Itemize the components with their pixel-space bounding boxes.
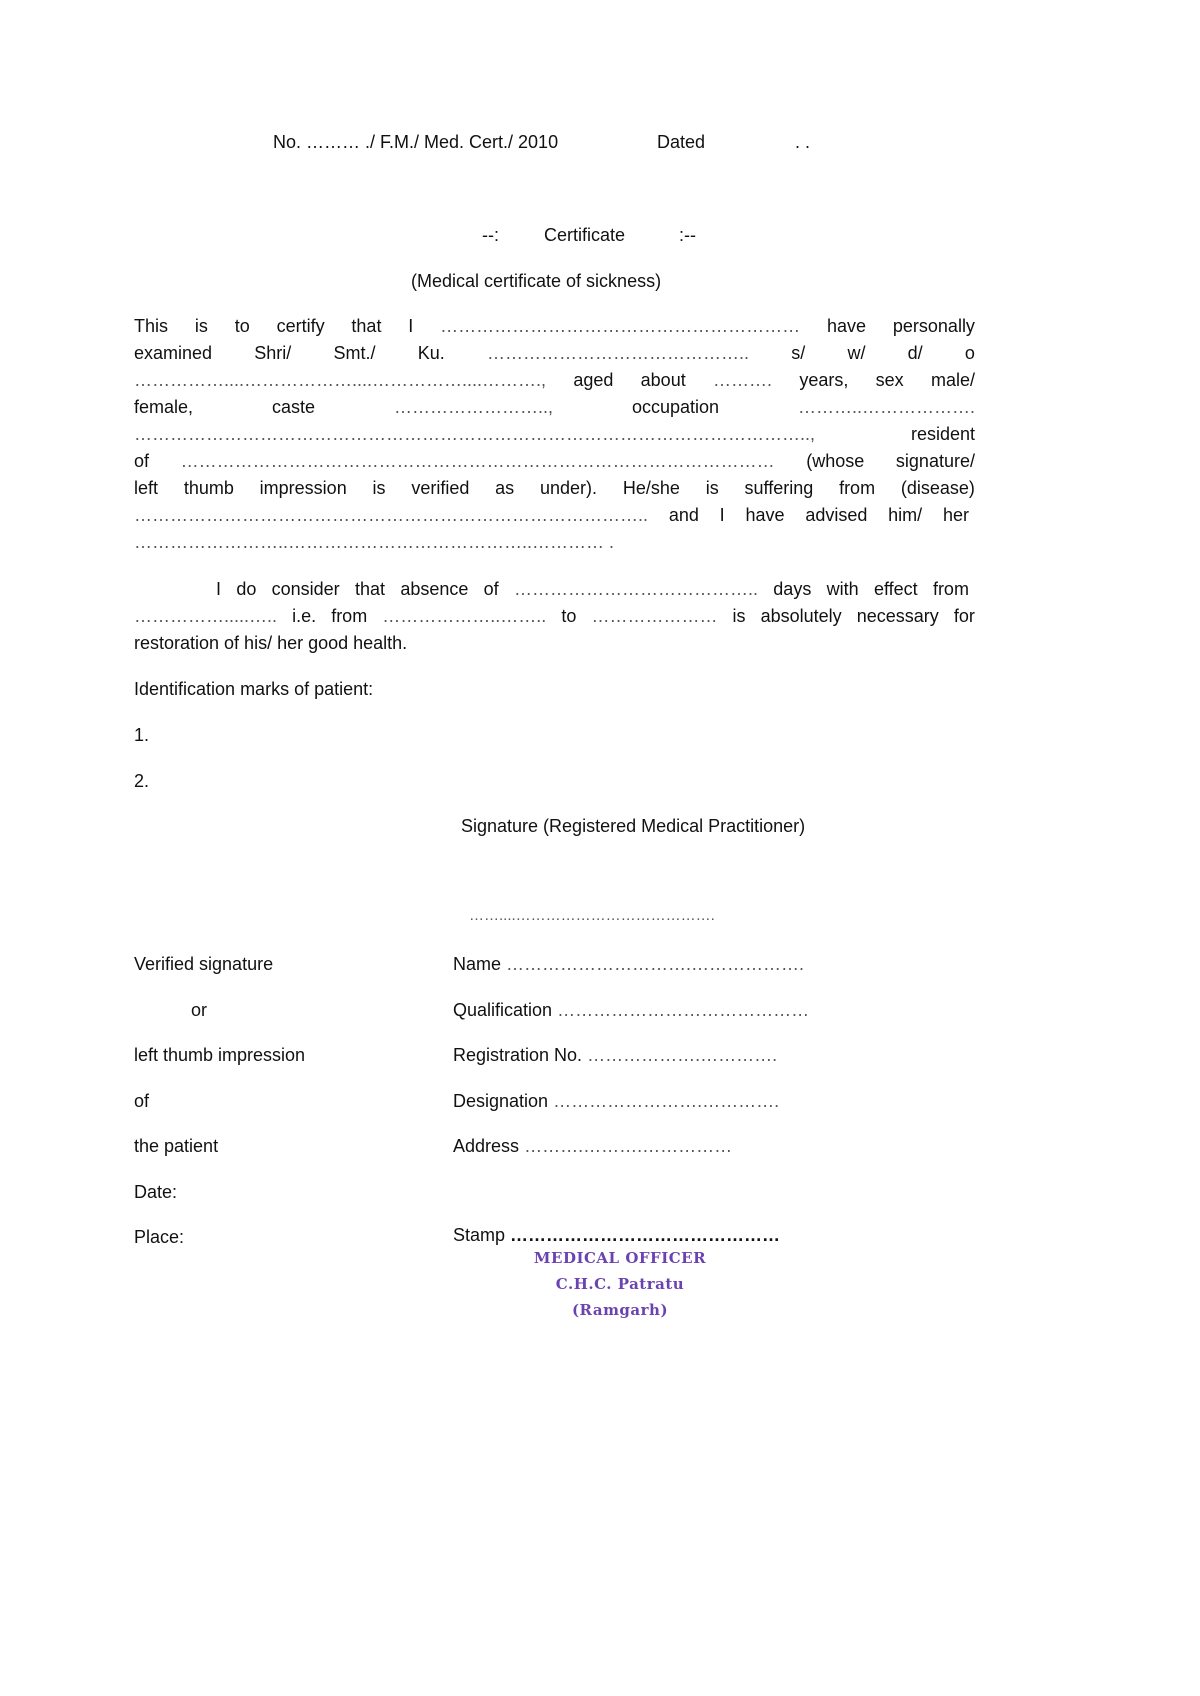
thumb-impression-label: left thumb impression [134,1045,305,1066]
registration-label: Registration No. [453,1045,582,1065]
name-label: Name [453,954,501,974]
body-line-5: …………………………………………………………………………………………………..,… [134,424,975,445]
identification-heading: Identification marks of patient: [134,679,373,700]
identification-item-1: 1. [134,725,149,746]
address-field: Address ……….……….…………… [453,1136,732,1157]
qualification-blank: …………………………………… [557,1000,809,1020]
body-line-7: leftthumbimpressionisverifiedasunder).He… [134,478,975,499]
qualification-field: Qualification …………………………………… [453,1000,809,1021]
absence-days-blank: ………………………………….. [514,579,758,600]
body-line-3: ……………....………………....……………....……….,agedabo… [134,370,975,391]
qualification-label: Qualification [453,1000,552,1020]
registration-blank: ……………….…………. [587,1045,777,1065]
caste-blank: …………………….., [394,397,553,418]
body-line-4: female,caste……………………..,occupation………..……… [134,397,975,418]
official-stamp: MEDICAL OFFICER C.H.C. Patratu (Ramgarh) [520,1245,720,1323]
parent-name-blank: ……………....………………....……………....………., [134,370,546,391]
designation-label: Designation [453,1091,548,1111]
designation-blank: …………………….…………. [553,1091,779,1111]
stamp-line-1: MEDICAL OFFICER [520,1245,720,1271]
stamp-line-2: C.H.C. Patratu [520,1271,720,1297]
body-line-8: …………………………………………………………………………..andIhavead… [134,505,969,526]
stamp-line-3: (Ramgarh) [520,1297,720,1323]
page-subtitle: (Medical certificate of sickness) [411,271,661,292]
the-patient-label: the patient [134,1136,218,1157]
of-label: of [134,1091,149,1112]
signature-line: ……....…………………………………. [469,907,715,924]
dated-label: Dated [657,132,705,153]
identification-item-2: 2. [134,771,149,792]
examiner-name-blank: …………………………………………………… [440,316,800,337]
to-date-blank: ………………… [591,606,717,627]
occupation-continued-blank: ………………………………………………………………………………………………….., [134,424,815,445]
advice-blank: ……………………..…………………………………..………… . [134,532,614,553]
from-date-blank: ………………..…….. [382,606,546,627]
designation-field: Designation …………………….…………. [453,1091,779,1112]
title-left-mark: --: [482,225,499,246]
stamp-label: Stamp [453,1225,505,1245]
absence-line-3: restoration of his/ her good health. [134,633,407,654]
title-right-mark: :-- [679,225,696,246]
absence-line-2: …………….....…..i.e.from………………..……..to……………… [134,606,975,627]
address-blank: ……….……….…………… [524,1136,732,1156]
page-title: Certificate [544,225,625,246]
body-line-2: examinedShri/Smt./Ku.……………………………………..s/w… [134,343,975,364]
body-line-1: ThisistocertifythatI……………………………………………………… [134,316,975,337]
verified-signature-label: Verified signature [134,954,273,975]
or-label: or [191,1000,207,1021]
name-field: Name ………………………….………………. [453,954,804,975]
signature-caption: Signature (Registered Medical Practition… [461,816,805,837]
stamp-blank: ……………………………………… [510,1225,780,1245]
certificate-number: No. ……… ./ F.M./ Med. Cert./ 2010 [273,132,558,153]
stamp-field: Stamp ……………………………………… [453,1225,780,1246]
disease-blank: ………………………………………………………………………….. [134,505,648,526]
body-line-6: of………………………………………………………………………………………(whos… [134,451,975,472]
date-value: . . [795,132,810,153]
address-label: Address [453,1136,519,1156]
name-blank: ………………………….………………. [506,954,804,974]
residence-blank: ……………………………………………………………………………………… [181,451,775,472]
age-blank: ………. [713,370,772,391]
absence-line-1: Idoconsiderthatabsenceof…………………………………..d… [216,579,969,600]
date-label: Date: [134,1182,177,1203]
registration-field: Registration No. ……………….…………. [453,1045,777,1066]
effect-date-blank: …………….....….. [134,606,277,627]
patient-name-blank: …………………………………….. [487,343,749,364]
place-label: Place: [134,1227,184,1248]
occupation-blank: ………..………………. [798,397,975,418]
